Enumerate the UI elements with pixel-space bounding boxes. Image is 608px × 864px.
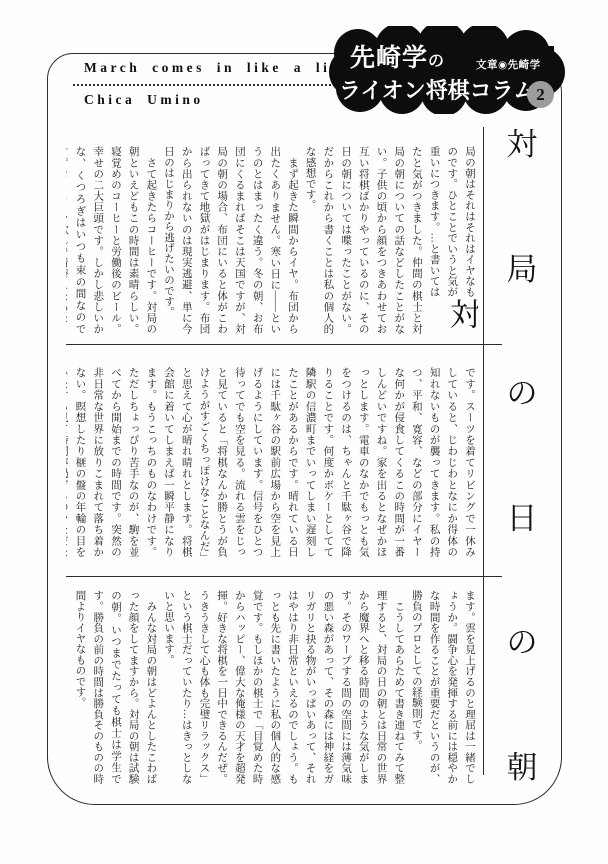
column-badge: 先崎学の 文章◉先崎学 ライオン将棋コラム 2 xyxy=(328,26,566,114)
text-band-2: です。スーツを着てリビングで一休みしていると、じわじわとなにか得体の知れないもの… xyxy=(66,367,478,557)
badge-author-name: 先崎学 xyxy=(350,45,428,72)
title-char: 日 xyxy=(507,502,538,535)
title-char: の xyxy=(507,626,538,659)
drop-cap: 対 xyxy=(446,297,478,329)
title-char: 朝 xyxy=(507,751,538,784)
title-char: 局 xyxy=(507,253,538,286)
badge-author-line: 先崎学の xyxy=(350,38,445,74)
paragraph: みんな対局の朝はどよんとしたこわばった顔をしてますから。対局の朝は試験の朝。いつ… xyxy=(71,590,160,784)
band-separator-rule-1 xyxy=(66,344,502,345)
paragraph: こうしてあらためて書き連ねてみて整理すると、対局の日の朝とは日常の世界から魔界へ… xyxy=(159,590,407,784)
dotted-divider xyxy=(73,84,335,86)
band-separator-rule-2 xyxy=(66,576,502,577)
article-title: 対 局 の 日 の 朝 xyxy=(501,128,543,784)
paragraph: です。スーツを着てリビングで一休みしていると、じわじわとなにか得体の知れないもの… xyxy=(66,367,478,557)
title-char: 対 xyxy=(507,128,538,161)
magazine-column-page: March comes in like a lion Chica Umino 先… xyxy=(0,0,608,864)
title-char: の xyxy=(507,377,538,410)
paragraph: さて起きたらコーヒーです。対局の朝といえどもこの時間は素晴らしい。寝覚めのコーヒ… xyxy=(66,146,159,334)
paragraph: 対局の朝はそれはそれはイヤなものです。ひとことでいうと気が重いにつきます。…と書… xyxy=(301,146,478,334)
paragraph: まず起きた瞬間からイヤ。布団から出たくありません。寒い日に――というのとはまった… xyxy=(159,146,301,334)
series-title-en: March comes in like a lion xyxy=(84,60,352,76)
author-name-en: Chica Umino xyxy=(84,92,204,108)
badge-particle: の xyxy=(428,53,445,70)
title-divider-line xyxy=(483,127,484,775)
paragraph: ます。雲を見上げるのと理屈は一緒でしょうか。闘争心を発揮する前には穏やかな時間を… xyxy=(407,590,478,784)
badge-column-title: ライオン将棋コラム xyxy=(339,74,535,105)
badge-credit: 文章◉先崎学 xyxy=(476,57,541,72)
issue-number-badge: 2 xyxy=(527,81,554,108)
text-band-3: ます。雲を見上げるのと理屈は一緒でしょうか。闘争心を発揮する前には穏やかな時間を… xyxy=(66,590,478,784)
text-band-1: 対局の朝はそれはそれはイヤなものです。ひとことでいうと気が重いにつきます。…と書… xyxy=(66,146,478,334)
